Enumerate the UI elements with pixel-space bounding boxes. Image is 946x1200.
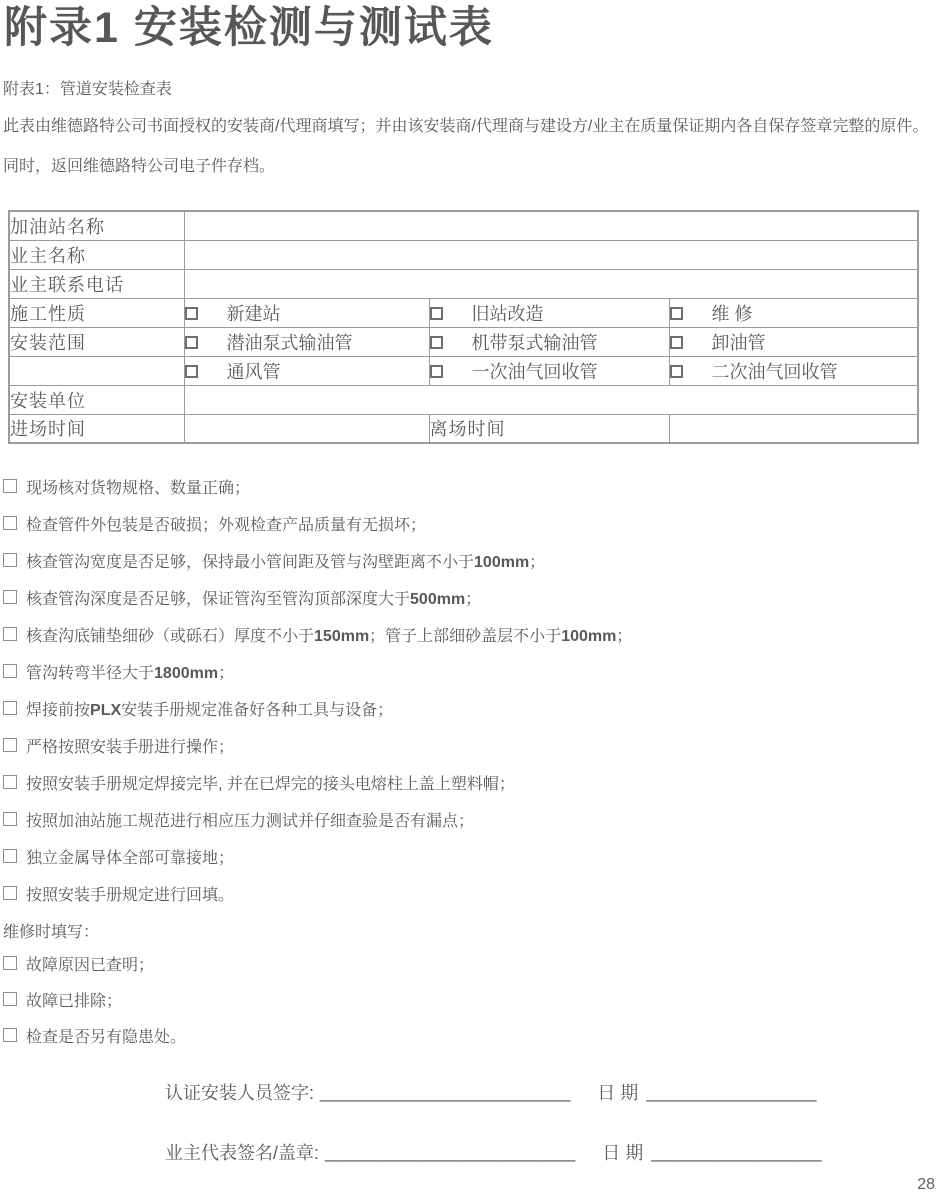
checkbox-icon[interactable] bbox=[3, 516, 17, 530]
intro-paragraph: 此表由维德路特公司书面授权的安装商/代理商填写；并由该安装商/代理商与建设方/业… bbox=[3, 107, 939, 187]
checkbox-icon[interactable] bbox=[670, 307, 683, 320]
checkbox-icon[interactable] bbox=[3, 956, 17, 970]
installation-info-table-body: 加油站名称业主名称业主联系电话施工性质新建站旧站改造维 修安装范围潜油泵式输油管… bbox=[9, 211, 918, 443]
checkbox-icon[interactable] bbox=[185, 336, 198, 349]
checklist-item: 独立金属导体全部可靠接地； bbox=[3, 844, 946, 868]
checklist-item-text: 焊接前按PLX安装手册规定准备好各种工具与设备； bbox=[26, 697, 393, 720]
checklist-item: 检查管件外包装是否破损；外观检查产品质量有无损坏； bbox=[3, 511, 946, 535]
table-input-cell[interactable] bbox=[184, 414, 429, 443]
checkbox-icon[interactable] bbox=[3, 812, 17, 826]
option-label: 卸油管 bbox=[712, 333, 766, 353]
table-row: 安装单位 bbox=[9, 385, 918, 414]
checkbox-icon[interactable] bbox=[3, 849, 17, 863]
table-row-label: 加油站名称 bbox=[9, 211, 184, 240]
signature-label: 业主代表签名/盖章: bbox=[165, 1139, 319, 1165]
checkbox-icon[interactable] bbox=[3, 627, 17, 641]
option-label: 通风管 bbox=[227, 362, 281, 382]
maintenance-checklist: 故障原因已查明；故障已排除；检查是否另有隐患处。 bbox=[3, 951, 946, 1047]
table-input-cell[interactable] bbox=[184, 385, 918, 414]
table-row-label: 业主联系电话 bbox=[9, 269, 184, 298]
checklist-item: 焊接前按PLX安装手册规定准备好各种工具与设备； bbox=[3, 696, 946, 720]
signature-label: 认证安装人员签字: bbox=[165, 1079, 314, 1105]
table-row-label: 进场时间 bbox=[9, 414, 184, 443]
checklist-item: 核查管沟宽度是否足够，保持最小管间距及管与沟壁距离不小于100mm； bbox=[3, 548, 946, 572]
checkbox-icon[interactable] bbox=[430, 365, 443, 378]
table-row-label: 业主名称 bbox=[9, 240, 184, 269]
signature-line: _________________________ bbox=[320, 1082, 570, 1103]
checkbox-icon[interactable] bbox=[185, 365, 198, 378]
checklist-item-text: 故障原因已查明； bbox=[26, 952, 154, 975]
table-row-label: 施工性质 bbox=[9, 298, 184, 327]
checkbox-icon[interactable] bbox=[3, 738, 17, 752]
checklist-item: 核查管沟深度是否足够，保证管沟至管沟顶部深度大于500mm； bbox=[3, 585, 946, 609]
date-label: 日 期 bbox=[597, 1079, 638, 1105]
table-row: 安装范围潜油泵式输油管机带泵式输油管卸油管 bbox=[9, 327, 918, 356]
table-row: 进场时间离场时间 bbox=[9, 414, 918, 443]
option-label: 维 修 bbox=[712, 304, 753, 324]
option-label: 机带泵式输油管 bbox=[472, 333, 598, 353]
table-input-cell[interactable] bbox=[184, 269, 918, 298]
table-option-cell: 维 修 bbox=[669, 298, 918, 327]
checklist-item: 故障已排除； bbox=[3, 987, 946, 1011]
table-row-label: 离场时间 bbox=[429, 414, 669, 443]
checkbox-icon[interactable] bbox=[3, 664, 17, 678]
checklist-item-text: 检查管件外包装是否破损；外观检查产品质量有无损坏； bbox=[26, 512, 426, 535]
checkbox-icon[interactable] bbox=[3, 886, 17, 900]
table-option-cell: 卸油管 bbox=[669, 327, 918, 356]
option-label: 旧站改造 bbox=[472, 304, 544, 324]
checklist-item-text: 按照加油站施工规范进行相应压力测试并仔细查验是否有漏点； bbox=[26, 808, 474, 831]
checkbox-icon[interactable] bbox=[430, 336, 443, 349]
table-option-cell: 一次油气回收管 bbox=[429, 356, 669, 385]
checklist-item-text: 严格按照安装手册进行操作； bbox=[26, 734, 234, 757]
checklist-item: 管沟转弯半径大于1800mm； bbox=[3, 659, 946, 683]
checkbox-icon[interactable] bbox=[430, 307, 443, 320]
signature-row: 认证安装人员签字:_________________________日 期___… bbox=[165, 1080, 946, 1104]
table-input-cell[interactable] bbox=[184, 211, 918, 240]
checklist-item: 按照安装手册规定焊接完毕, 并在已焊完的接头电熔柱上盖上塑料帽； bbox=[3, 770, 946, 794]
checkbox-icon[interactable] bbox=[3, 1028, 17, 1042]
checklist-item-text: 现场核对货物规格、数量正确； bbox=[26, 475, 250, 498]
checklist-item: 故障原因已查明； bbox=[3, 951, 946, 975]
checklist-item: 严格按照安装手册进行操作； bbox=[3, 733, 946, 757]
checkbox-icon[interactable] bbox=[3, 479, 17, 493]
date-label: 日 期 bbox=[602, 1139, 643, 1165]
table-row-label: 安装范围 bbox=[9, 327, 184, 356]
checklist-item-text: 核查管沟深度是否足够，保证管沟至管沟顶部深度大于500mm； bbox=[26, 586, 481, 609]
checklist-item: 现场核对货物规格、数量正确； bbox=[3, 474, 946, 498]
maintenance-heading: 维修时填写： bbox=[3, 918, 946, 942]
table-option-cell: 机带泵式输油管 bbox=[429, 327, 669, 356]
checklist-item-text: 独立金属导体全部可靠接地； bbox=[26, 845, 234, 868]
option-label: 一次油气回收管 bbox=[472, 362, 598, 382]
table-input-cell[interactable] bbox=[669, 414, 918, 443]
checklist-item-text: 核查管沟宽度是否足够，保持最小管间距及管与沟壁距离不小于100mm； bbox=[26, 549, 545, 572]
checklist-item-text: 管沟转弯半径大于1800mm； bbox=[26, 660, 234, 683]
checkbox-icon[interactable] bbox=[3, 775, 17, 789]
table-option-cell: 潜油泵式输油管 bbox=[184, 327, 429, 356]
checklist-item: 按照加油站施工规范进行相应压力测试并仔细查验是否有漏点； bbox=[3, 807, 946, 831]
checklist-item-text: 检查是否另有隐患处。 bbox=[26, 1024, 186, 1047]
option-label: 二次油气回收管 bbox=[712, 362, 838, 382]
page-number: 28 bbox=[917, 1176, 935, 1194]
table-option-cell: 二次油气回收管 bbox=[669, 356, 918, 385]
checklist-item: 检查是否另有隐患处。 bbox=[3, 1023, 946, 1047]
checkbox-icon[interactable] bbox=[185, 307, 198, 320]
table-option-cell: 新建站 bbox=[184, 298, 429, 327]
date-line: _________________ bbox=[646, 1082, 816, 1103]
table-row: 加油站名称 bbox=[9, 211, 918, 240]
table-row: 通风管一次油气回收管二次油气回收管 bbox=[9, 356, 918, 385]
table-row-label bbox=[9, 356, 184, 385]
checkbox-icon[interactable] bbox=[670, 365, 683, 378]
checklist-item-text: 按照安装手册规定焊接完毕, 并在已焊完的接头电熔柱上盖上塑料帽； bbox=[26, 771, 515, 794]
checklist-item: 核查沟底铺垫细砂（或砾石）厚度不小于150mm；管子上部细砂盖层不小于100mm… bbox=[3, 622, 946, 646]
checkbox-icon[interactable] bbox=[3, 701, 17, 715]
checkbox-icon[interactable] bbox=[3, 590, 17, 604]
checkbox-icon[interactable] bbox=[670, 336, 683, 349]
table-row: 业主联系电话 bbox=[9, 269, 918, 298]
checklist-item-text: 故障已排除； bbox=[26, 988, 122, 1011]
table-input-cell[interactable] bbox=[184, 240, 918, 269]
table-option-cell: 通风管 bbox=[184, 356, 429, 385]
page-title: 附录1 安装检测与测试表 bbox=[0, 0, 946, 53]
table-subtitle: 附表1：管道安装检查表 bbox=[3, 80, 946, 100]
signature-block: 认证安装人员签字:_________________________日 期___… bbox=[165, 1080, 946, 1164]
signature-line: _________________________ bbox=[325, 1142, 575, 1163]
option-label: 新建站 bbox=[227, 304, 281, 324]
signature-row: 业主代表签名/盖章:_________________________日 期__… bbox=[165, 1140, 946, 1164]
table-row: 施工性质新建站旧站改造维 修 bbox=[9, 298, 918, 327]
option-label: 潜油泵式输油管 bbox=[227, 333, 353, 353]
date-line: _________________ bbox=[651, 1142, 821, 1163]
table-row: 业主名称 bbox=[9, 240, 918, 269]
checklist-item: 按照安装手册规定进行回填。 bbox=[3, 881, 946, 905]
installation-checklist: 现场核对货物规格、数量正确；检查管件外包装是否破损；外观检查产品质量有无损坏；核… bbox=[3, 474, 946, 905]
checklist-item-text: 核查沟底铺垫细砂（或砾石）厚度不小于150mm；管子上部细砂盖层不小于100mm… bbox=[26, 623, 632, 646]
checkbox-icon[interactable] bbox=[3, 553, 17, 567]
installation-info-table: 加油站名称业主名称业主联系电话施工性质新建站旧站改造维 修安装范围潜油泵式输油管… bbox=[8, 210, 919, 444]
table-option-cell: 旧站改造 bbox=[429, 298, 669, 327]
checklist-item-text: 按照安装手册规定进行回填。 bbox=[26, 882, 234, 905]
checkbox-icon[interactable] bbox=[3, 992, 17, 1006]
table-row-label: 安装单位 bbox=[9, 385, 184, 414]
